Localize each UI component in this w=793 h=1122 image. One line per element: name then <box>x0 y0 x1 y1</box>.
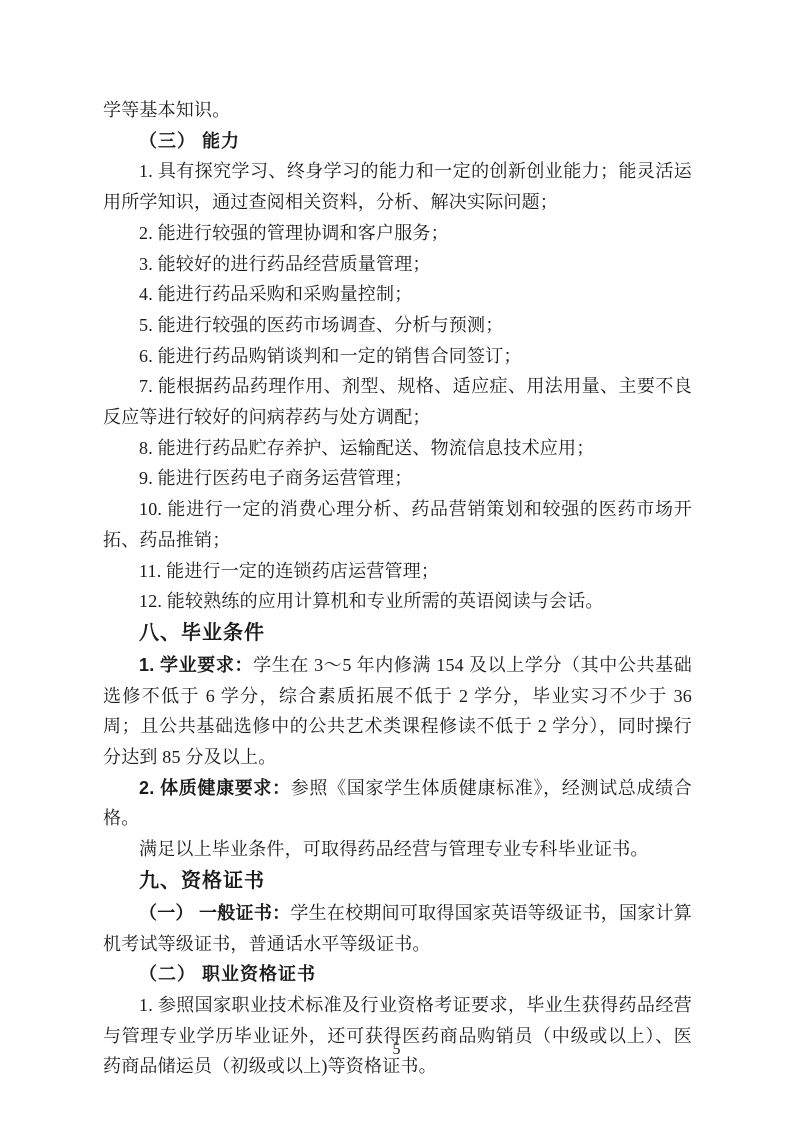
ability-item-8: 8. 能进行药品贮存养护、运输配送、物流信息技术应用； <box>103 433 692 464</box>
section-heading-certificates: 九、资格证书 <box>103 865 692 898</box>
graduation-health-requirement: 2. 体质健康要求：参照《国家学生体质健康标准》，经测试总成绩合格。 <box>103 773 692 834</box>
ability-item-5: 5. 能进行较强的医药市场调查、分析与预测； <box>103 310 692 341</box>
ability-item-7: 7. 能根据药品药理作用、剂型、规格、适应症、用法用量、主要不良反应等进行较好的… <box>103 371 692 432</box>
ability-item-2: 2. 能进行较强的管理协调和客户服务； <box>103 218 692 249</box>
document-body: 学等基本知识。 （三） 能力 1. 具有探究学习、终身学习的能力和一定的创新创业… <box>103 95 692 1082</box>
graduation-summary: 满足以上毕业条件，可取得药品经营与管理专业专科毕业证书。 <box>103 834 692 865</box>
general-certificates: （一） 一般证书：学生在校期间可取得国家英语等级证书，国家计算机考试等级证书，普… <box>103 898 692 959</box>
subsection-heading-ability: （三） 能力 <box>103 126 692 157</box>
ability-item-12: 12. 能较熟练的应用计算机和专业所需的英语阅读与会话。 <box>103 586 692 617</box>
professional-certificates-item-1: 1. 参照国家职业技术标准及行业资格考证要求，毕业生获得药品经营与管理专业学历毕… <box>103 990 692 1082</box>
paragraph-continuation: 学等基本知识。 <box>103 95 692 126</box>
graduation-academic-requirement: 1. 学业要求：学生在 3～5 年内修满 154 及以上学分（其中公共基础选修不… <box>103 650 692 773</box>
ability-item-4: 4. 能进行药品采购和采购量控制； <box>103 279 692 310</box>
ability-item-9: 9. 能进行医药电子商务运营管理； <box>103 463 692 494</box>
ability-item-6: 6. 能进行药品购销谈判和一定的销售合同签订； <box>103 341 692 372</box>
section-heading-graduation-requirements: 八、毕业条件 <box>103 617 692 650</box>
graduation-health-requirement-label: 2. 体质健康要求： <box>139 778 291 798</box>
page-number: 5 <box>0 1038 793 1062</box>
subsection-heading-professional-certificates: （二） 职业资格证书 <box>103 959 692 990</box>
ability-item-10: 10. 能进行一定的消费心理分析、药品营销策划和较强的医药市场开拓、药品推销； <box>103 494 692 555</box>
general-certificates-label: （一） 一般证书： <box>139 903 290 923</box>
ability-item-1: 1. 具有探究学习、终身学习的能力和一定的创新创业能力；能灵活运用所学知识，通过… <box>103 156 692 217</box>
ability-item-3: 3. 能较好的进行药品经营质量管理； <box>103 249 692 280</box>
ability-item-11: 11. 能进行一定的连锁药店运营管理； <box>103 556 692 587</box>
document-page: 学等基本知识。 （三） 能力 1. 具有探究学习、终身学习的能力和一定的创新创业… <box>0 0 793 1122</box>
graduation-academic-requirement-label: 1. 学业要求： <box>139 655 253 675</box>
